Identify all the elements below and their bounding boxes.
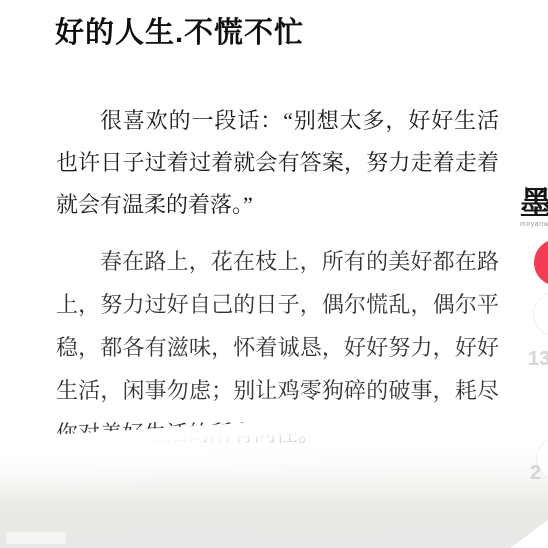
quote-paragraph: 很喜欢的一段话：“别想太多，好好生活也许日子过着过着就会有答案，努力走着走着就会… <box>56 100 499 226</box>
profile-avatar[interactable] <box>534 239 548 286</box>
fade-highlight-patch <box>6 532 66 544</box>
creator-watermark: 墨 moyanw <box>520 186 548 228</box>
watermark-pinyin-text: moyanw <box>520 221 548 228</box>
watermark-logo: 墨 <box>520 186 548 220</box>
article-page: 好的人生.不慌不忙 很喜欢的一段话：“别想太多，好好生活也许日子过着过着就会有答… <box>0 0 548 548</box>
like-button[interactable] <box>533 292 548 336</box>
page-title: 好的人生.不慌不忙 <box>55 10 304 51</box>
comment-count[interactable]: 2 <box>530 462 541 485</box>
like-count[interactable]: 13 <box>528 348 548 371</box>
bottom-gradient-fade <box>0 448 548 548</box>
